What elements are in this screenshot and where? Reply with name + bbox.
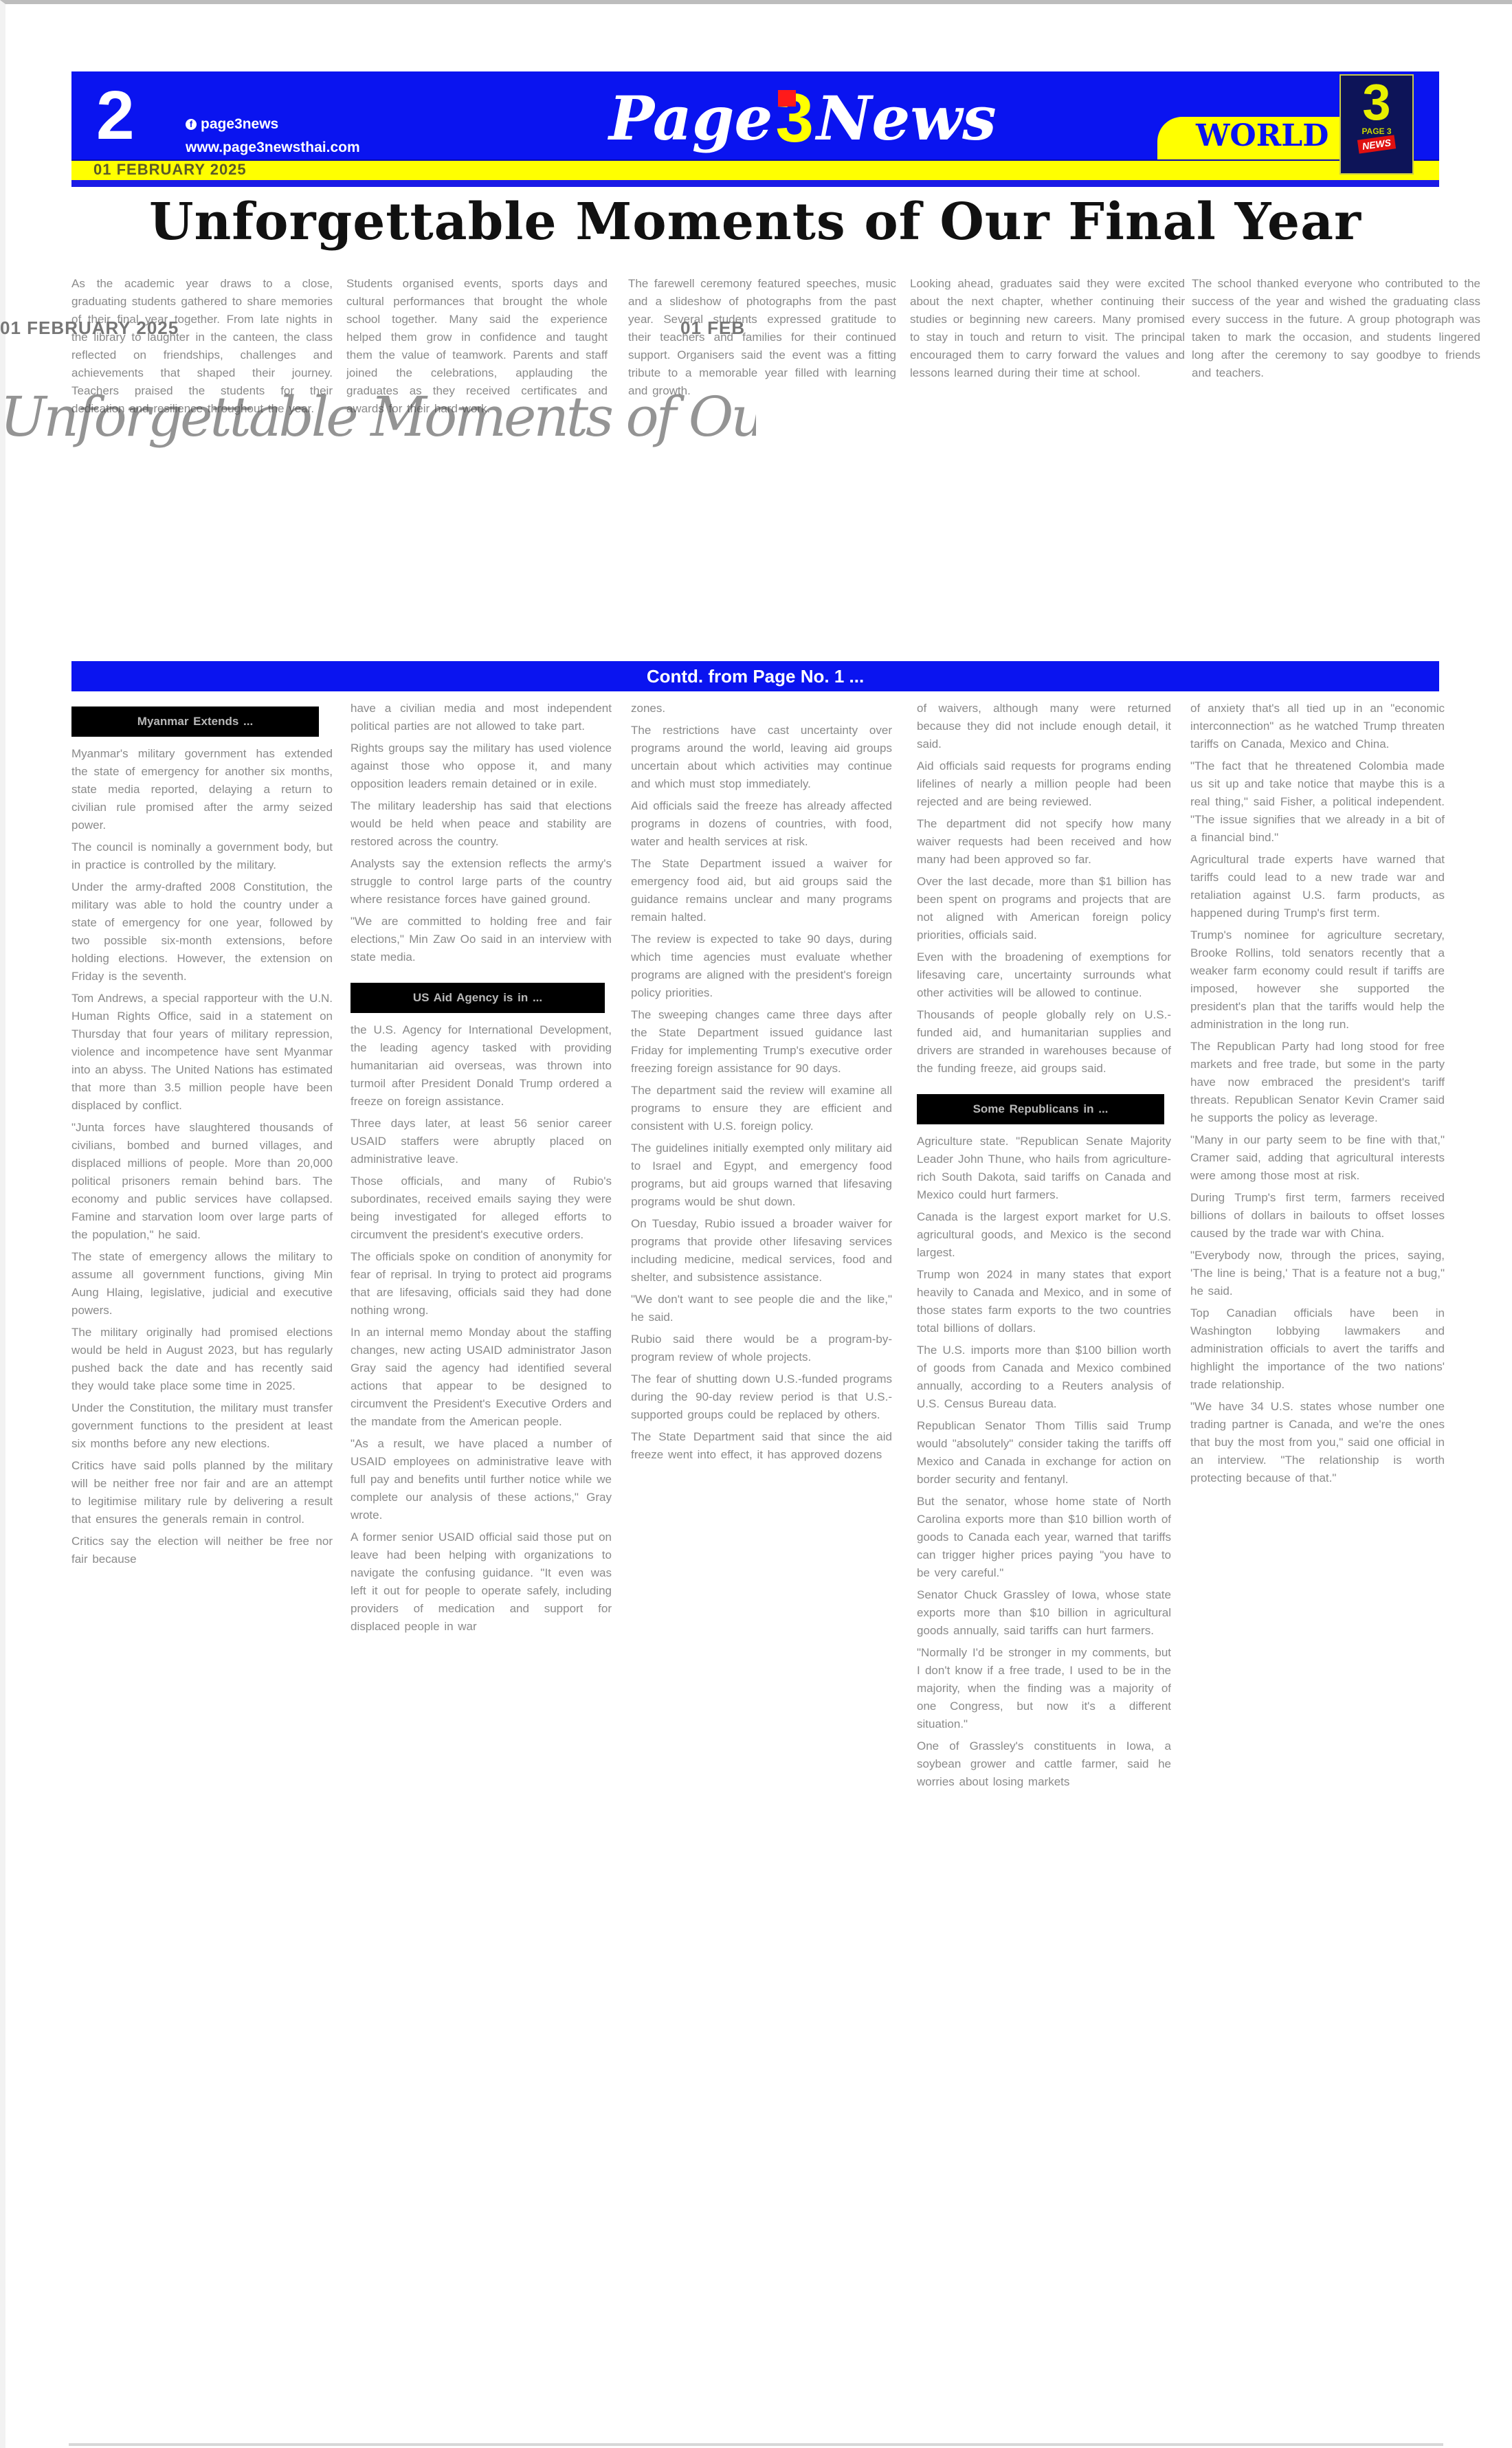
paragraph: The review is expected to take 90 days, … bbox=[631, 931, 892, 1002]
subheading: US Aid Agency is in ... bbox=[351, 983, 605, 1013]
ghost-date-right: 01 FEB bbox=[680, 318, 745, 339]
main-column-4: of waivers, although many were returned … bbox=[917, 700, 1171, 2287]
top-article-column-4: Looking ahead, graduates said they were … bbox=[910, 275, 1185, 660]
badge-news-text: NEWS bbox=[1357, 135, 1396, 153]
paragraph: of waivers, although many were returned … bbox=[917, 700, 1171, 753]
paragraph: Republican Senator Thom Tillis said Trum… bbox=[917, 1417, 1171, 1489]
paragraph: Looking ahead, graduates said they were … bbox=[910, 275, 1185, 382]
paragraph: The restrictions have cast uncertainty o… bbox=[631, 722, 892, 793]
section-label: WORLD bbox=[1196, 118, 1328, 153]
paragraph: "We don't want to see people die and the… bbox=[631, 1291, 892, 1326]
paragraph: The department did not specify how many … bbox=[917, 815, 1171, 869]
page3-badge-logo: 3 PAGE 3 NEWS bbox=[1339, 74, 1414, 175]
paragraph: "We are committed to holding free and fa… bbox=[351, 913, 612, 966]
paragraph: The state of emergency allows the milita… bbox=[71, 1248, 333, 1320]
paragraph: Aid officials said the freeze has alread… bbox=[631, 797, 892, 851]
paragraph: Even with the broadening of exemptions f… bbox=[917, 948, 1171, 1002]
paragraph: Canada is the largest export market for … bbox=[917, 1208, 1171, 1262]
main-column-2: have a civilian media and most independe… bbox=[351, 700, 612, 2287]
paragraph: "Many in our party seem to be fine with … bbox=[1190, 1131, 1445, 1185]
paragraph: "The fact that he threatened Colombia ma… bbox=[1190, 757, 1445, 847]
paragraph: The sweeping changes came three days aft… bbox=[631, 1006, 892, 1078]
paragraph: Aid officials said requests for programs… bbox=[917, 757, 1171, 811]
paragraph: Rubio said there would be a program-by-p… bbox=[631, 1331, 892, 1366]
paragraph: "As a result, we have placed a number of… bbox=[351, 1435, 612, 1524]
ghost-date-left: 01 FEBRUARY 2025 bbox=[0, 318, 179, 339]
paragraph: Those officials, and many of Rubio's sub… bbox=[351, 1172, 612, 1244]
paragraph: The officials spoke on condition of anon… bbox=[351, 1248, 612, 1320]
paragraph: The military originally had promised ele… bbox=[71, 1324, 333, 1395]
continued-from-banner: Contd. from Page No. 1 ... bbox=[71, 661, 1439, 691]
social-links: fpage3news www.page3newsthai.com bbox=[186, 113, 360, 159]
paragraph: Agricultural trade experts have warned t… bbox=[1190, 851, 1445, 922]
paragraph: "Normally I'd be stronger in my comments… bbox=[917, 1644, 1171, 1733]
subheading: Myanmar Extends ... bbox=[71, 706, 319, 737]
issue-date: 01 FEBRUARY 2025 bbox=[93, 161, 247, 179]
paragraph: Over the last decade, more than $1 billi… bbox=[917, 873, 1171, 944]
website-link[interactable]: www.page3newsthai.com bbox=[186, 136, 360, 159]
badge-number: 3 bbox=[1341, 78, 1412, 126]
paragraph: Thousands of people globally rely on U.S… bbox=[917, 1006, 1171, 1078]
paragraph: Analysts say the extension reflects the … bbox=[351, 855, 612, 909]
facebook-handle: page3news bbox=[201, 116, 278, 132]
paragraph: have a civilian media and most independe… bbox=[351, 700, 612, 735]
paragraph: During Trump's first term, farmers recei… bbox=[1190, 1189, 1445, 1243]
paragraph: The U.S. imports more than $100 billion … bbox=[917, 1342, 1171, 1413]
facebook-link[interactable]: fpage3news bbox=[186, 113, 360, 136]
paragraph: Agriculture state. "Republican Senate Ma… bbox=[917, 1133, 1171, 1204]
paragraph: "Everybody now, through the prices, sayi… bbox=[1190, 1247, 1445, 1300]
top-article-column-5: The school thanked everyone who contribu… bbox=[1192, 275, 1480, 660]
paragraph: zones. bbox=[631, 700, 892, 717]
paragraph: "Junta forces have slaughtered thousands… bbox=[71, 1119, 333, 1244]
subheading: Some Republicans in ... bbox=[917, 1094, 1164, 1124]
paragraph: Trump won 2024 in many states that expor… bbox=[917, 1266, 1171, 1337]
paragraph: The department said the review will exam… bbox=[631, 1082, 892, 1135]
paragraph: The fear of shutting down U.S.-funded pr… bbox=[631, 1370, 892, 1424]
paragraph: The military leadership has said that el… bbox=[351, 797, 612, 851]
paragraph: Three days later, at least 56 senior car… bbox=[351, 1115, 612, 1168]
paragraph: Senator Chuck Grassley of Iowa, whose st… bbox=[917, 1586, 1171, 1640]
paragraph: Tom Andrews, a special rapporteur with t… bbox=[71, 990, 333, 1115]
paragraph: of anxiety that's all tied up in an "eco… bbox=[1190, 700, 1445, 753]
paragraph: The council is nominally a government bo… bbox=[71, 838, 333, 874]
paragraph: On Tuesday, Rubio issued a broader waive… bbox=[631, 1215, 892, 1287]
paragraph: The Republican Party had long stood for … bbox=[1190, 1038, 1445, 1127]
paragraph: Trump's nominee for agriculture secretar… bbox=[1190, 926, 1445, 1034]
masthead-date-strip bbox=[71, 159, 1439, 180]
paragraph: In an internal memo Monday about the sta… bbox=[351, 1324, 612, 1431]
paragraph: Under the Constitution, the military mus… bbox=[71, 1399, 333, 1453]
logo-word-page: Page bbox=[609, 82, 772, 154]
paragraph: A former senior USAID official said thos… bbox=[351, 1528, 612, 1636]
newspaper-logo: Page 3 News bbox=[609, 77, 997, 159]
paragraph: the U.S. Agency for International Develo… bbox=[351, 1021, 612, 1111]
main-column-1: Myanmar Extends ... Myanmar's military g… bbox=[71, 700, 333, 2287]
page-number: 2 bbox=[96, 81, 135, 150]
paragraph: Under the army-drafted 2008 Constitution… bbox=[71, 878, 333, 986]
paragraph: Critics say the election will neither be… bbox=[71, 1533, 333, 1568]
paragraph: Rights groups say the military has used … bbox=[351, 739, 612, 793]
masthead: 2 fpage3news www.page3newsthai.com 01 FE… bbox=[71, 71, 1439, 187]
paragraph: The farewell ceremony featured speeches,… bbox=[628, 275, 896, 400]
facebook-icon: f bbox=[186, 119, 197, 130]
logo-number: 3 bbox=[775, 79, 814, 158]
paragraph: But the senator, whose home state of Nor… bbox=[917, 1493, 1171, 1582]
paragraph: The State Department said that since the… bbox=[631, 1428, 892, 1464]
paragraph: "We have 34 U.S. states whose number one… bbox=[1190, 1398, 1445, 1487]
paragraph: The State Department issued a waiver for… bbox=[631, 855, 892, 926]
paragraph: Critics have said polls planned by the m… bbox=[71, 1457, 333, 1528]
masthead-bottom-rule bbox=[71, 180, 1439, 187]
paragraph: One of Grassley's constituents in Iowa, … bbox=[917, 1737, 1171, 1791]
paragraph: Top Canadian officials have been in Wash… bbox=[1190, 1304, 1445, 1394]
bottom-rule bbox=[69, 2443, 1443, 2446]
main-column-3: zones. The restrictions have cast uncert… bbox=[631, 700, 892, 2287]
main-column-5: of anxiety that's all tied up in an "eco… bbox=[1190, 700, 1445, 2287]
paragraph: The school thanked everyone who contribu… bbox=[1192, 275, 1480, 382]
logo-word-news: News bbox=[816, 82, 997, 154]
badge-page-text: PAGE 3 bbox=[1341, 126, 1412, 136]
paragraph: The guidelines initially exempted only m… bbox=[631, 1139, 892, 1211]
paragraph: Myanmar's military government has extend… bbox=[71, 745, 333, 834]
page-headline: Unforgettable Moments of Our Final Year bbox=[71, 192, 1439, 252]
scan-artifact-headline: Unforgettable Moments of Our Final Year bbox=[0, 385, 756, 522]
